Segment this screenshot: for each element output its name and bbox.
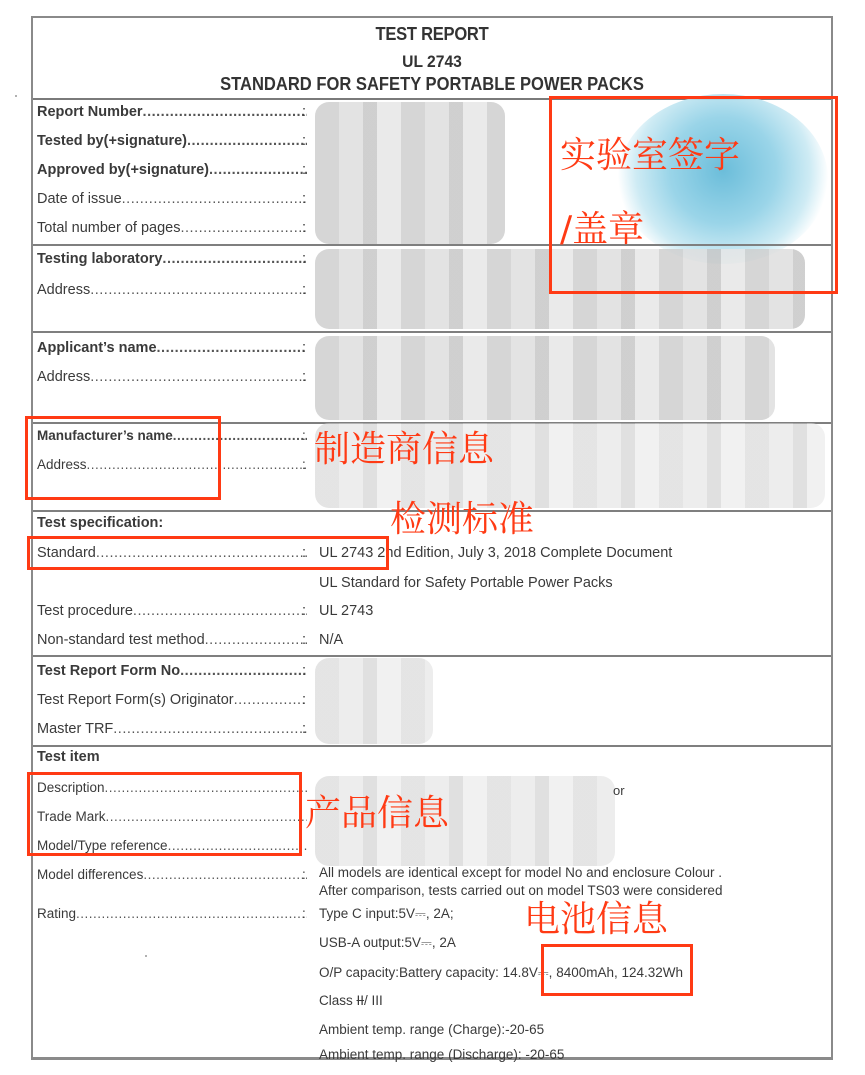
field-master-trf: Master TRF..............................…: [37, 718, 307, 740]
test-item-heading: Test item: [37, 749, 100, 765]
annotation-box-lab-signature: [549, 96, 838, 294]
annotation-product-info: 产品信息: [305, 796, 449, 832]
field-label: Applicant’s name: [37, 340, 157, 356]
test-procedure-value: UL 2743: [319, 600, 373, 622]
rating-usb-a-output: USB-A output:5V⎓, 2A: [319, 932, 456, 954]
annotation-box-standard: [27, 536, 389, 570]
standard-code: UL 2743: [65, 52, 799, 72]
description-value-tail: or: [613, 780, 625, 802]
class-value: / III: [364, 993, 383, 1008]
field-rating: Rating..................................…: [37, 903, 307, 925]
field-label: Address: [37, 369, 90, 385]
class-label: Class: [319, 993, 353, 1008]
field-label: Tested by(+signature): [37, 133, 187, 149]
standard-title: STANDARD FOR SAFETY PORTABLE POWER PACKS: [65, 74, 799, 95]
field-label: Total number of pages: [37, 220, 180, 236]
paper-speck: [145, 955, 147, 957]
field-report-number: Report Number...........................…: [37, 101, 307, 123]
field-non-standard-method: Non-standard test method................…: [37, 629, 307, 651]
field-label: Rating: [37, 906, 76, 921]
field-label: Address: [37, 282, 90, 298]
field-label: Approved by(+signature): [37, 162, 209, 178]
field-approved-by: Approved by(+signature).................…: [37, 159, 307, 181]
field-tested-by: Tested by(+signature)...................…: [37, 130, 307, 152]
field-label: Testing laboratory: [37, 251, 162, 267]
report-title: TEST REPORT: [65, 24, 799, 45]
redacted-applicant-info: [315, 336, 775, 420]
field-trf-number: Test Report Form No.....................…: [37, 660, 307, 682]
section-divider: [33, 745, 831, 747]
field-label: Test Report Form(s) Originator: [37, 692, 234, 708]
annotation-test-standard: 检测标准: [390, 502, 534, 538]
standard-value-line2: UL Standard for Safety Portable Power Pa…: [319, 572, 613, 594]
rating-temp-charge: Ambient temp. range (Charge):-20-65: [319, 1019, 544, 1041]
section-divider: [33, 331, 831, 333]
model-differences-value: All models are identical except for mode…: [319, 864, 722, 882]
report-header: TEST REPORT UL 2743 STANDARD FOR SAFETY …: [33, 18, 831, 100]
section-divider: [33, 655, 831, 657]
field-total-pages: Total number of pages...................…: [37, 217, 307, 239]
field-label: Test Report Form No: [37, 663, 180, 679]
field-model-differences: Model differences.......................…: [37, 864, 307, 886]
field-label: Report Number: [37, 104, 143, 120]
field-date-of-issue: Date of issue...........................…: [37, 188, 307, 210]
test-specification-heading: Test specification:: [37, 515, 163, 531]
field-applicant-address: Address.................................…: [37, 366, 307, 388]
model-differences-value-line2: After comparison, tests carried out on m…: [319, 882, 722, 900]
field-label: Model differences: [37, 867, 143, 882]
non-standard-method-value: N/A: [319, 629, 343, 651]
class-struck-value: II: [357, 993, 365, 1008]
field-label: Master TRF: [37, 721, 113, 737]
annotation-box-battery: [541, 944, 693, 996]
field-label: Non-standard test method: [37, 632, 205, 648]
annotation-manufacturer-info: 制造商信息: [314, 432, 494, 468]
rating-class: Class II/ III: [319, 990, 383, 1012]
field-label: Test procedure: [37, 603, 133, 619]
rating-temp-discharge: Ambient temp. range (Discharge): -20-65: [319, 1044, 564, 1066]
field-testing-laboratory: Testing laboratory......................…: [37, 248, 307, 270]
annotation-lab-signature-line2: /盖章: [560, 212, 644, 248]
paper-speck: [15, 95, 17, 97]
rating-type-c-input: Type C input:5V⎓, 2A;: [319, 903, 454, 925]
annotation-battery-info: 电池信息: [524, 902, 668, 938]
annotation-box-product: [27, 772, 302, 856]
field-label: Date of issue: [37, 191, 122, 207]
redacted-trf-info: [315, 658, 433, 744]
field-applicant-name: Applicant’s name........................…: [37, 337, 307, 359]
annotation-box-manufacturer: [25, 416, 221, 500]
annotation-lab-signature-line1: 实验室签字: [560, 138, 740, 174]
field-test-procedure: Test procedure..........................…: [37, 600, 307, 622]
op-capacity-label: O/P capacity:Battery capacity:: [319, 965, 499, 980]
field-lab-address: Address.................................…: [37, 279, 307, 301]
field-trf-originator: Test Report Form(s) Originator..........…: [37, 689, 307, 711]
redacted-report-info: [315, 102, 505, 244]
